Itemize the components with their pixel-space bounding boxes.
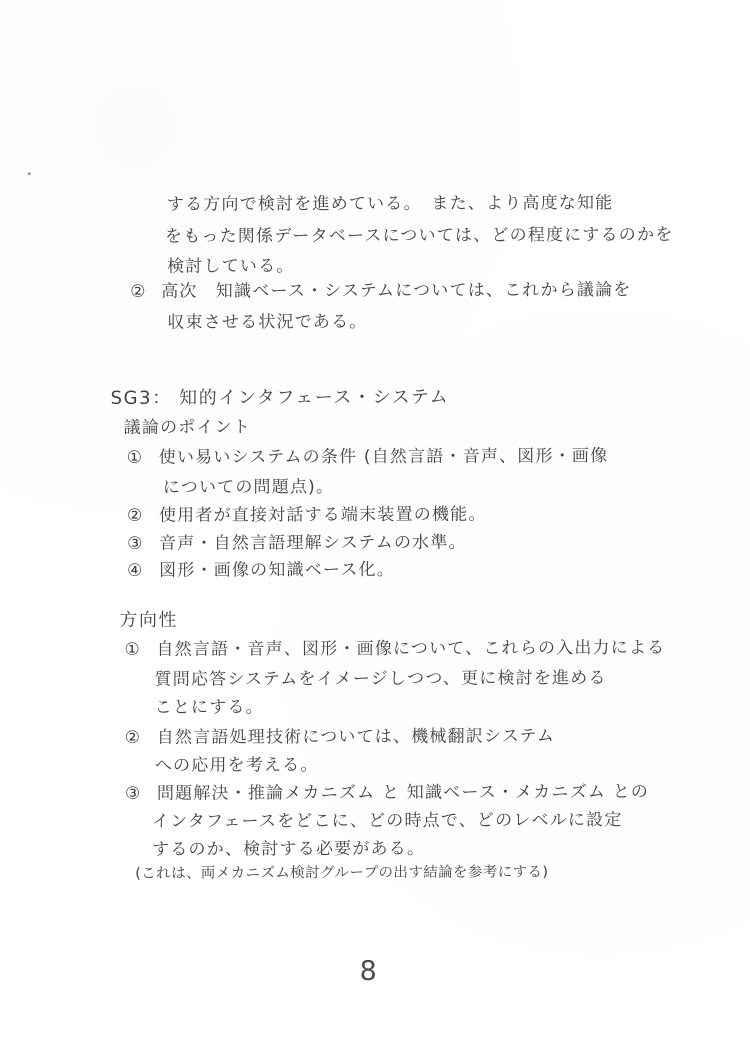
circled-number-icon: ④: [127, 563, 142, 580]
parenthetical-note: (これは、両メカニズム検討グループの出す結論を参考にする): [135, 865, 548, 881]
list-item-line: 使用者が直接対話する端末装置の機能。: [159, 507, 487, 525]
list-item-line: するのか、検討する必要がある。: [152, 841, 425, 859]
list-item-line: 高次 知識ベース・システムについては、これから議論を: [161, 282, 631, 301]
intro-line: 検討している。: [167, 258, 294, 275]
scan-speck: [28, 172, 31, 175]
circled-number-icon: ①: [124, 642, 139, 659]
list-item-line: インタフェースをどこに、どの時点で、どのレベルに設定: [152, 812, 623, 831]
intro-line: をもった関係データベースについては、どの程度にするのかを: [165, 227, 673, 246]
list-item-line: 質問応答システムをイメージしつつ、更に検討を進める: [155, 670, 607, 689]
circled-number-icon: ②: [127, 508, 142, 525]
list-item-line: 使い易いシステムの条件 (自然言語・音声、図形・画像: [159, 448, 609, 467]
list-item-line: への応用を考える。: [155, 757, 319, 775]
circled-number-icon: ①: [127, 450, 142, 467]
list-item-line: 音声・自然言語理解システムの水準。: [159, 535, 467, 553]
circled-number-icon: ②: [125, 730, 140, 747]
list-item-line: 問題解決・推論メカニズム と 知識ベース・メカニズム との: [157, 784, 649, 803]
list-item-line: 図形・画像の知識ベース化。: [159, 562, 395, 580]
circled-number-icon: ③: [127, 536, 142, 553]
page-number: 8: [359, 956, 376, 987]
scanned-document-page: する方向で検討を進めている。 また、より高度な知能 をもった関係データベースにつ…: [0, 0, 750, 1054]
list-item-line: 自然言語・音声、図形・画像について、これらの入出力による: [156, 640, 665, 659]
subsection-heading: 方向性: [119, 612, 178, 630]
circled-number-icon: ②: [130, 284, 145, 301]
circled-number-icon: ③: [125, 786, 140, 803]
list-item-line: ことにする。: [155, 699, 264, 716]
list-item-line: についての問題点)。: [163, 479, 334, 497]
list-item-line: 収束させる状況である。: [167, 314, 367, 332]
subsection-heading: 議論のポイント: [124, 419, 251, 436]
list-item-line: 自然言語処理技術については、機械翻訳システム: [157, 728, 555, 746]
handwriting-layer: する方向で検討を進めている。 また、より高度な知能 をもった関係データベースにつ…: [0, 0, 750, 1054]
intro-line: する方向で検討を進めている。 また、より高度な知能: [167, 195, 614, 214]
section-heading: SG3： 知的インタフェース・システム: [111, 389, 450, 408]
